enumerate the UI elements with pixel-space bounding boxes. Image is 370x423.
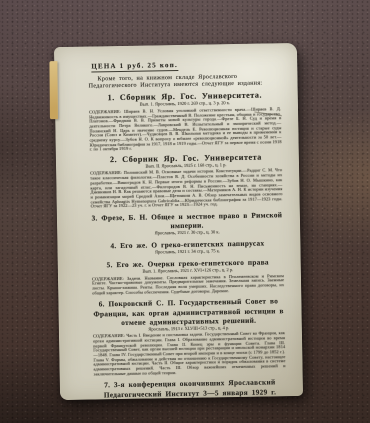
photo-background: { "colors": { "background_leather": "#4e…: [0, 0, 370, 423]
paper-page: ЦЕНА 1 руб. 25 коп. Кроме того, на книжн…: [54, 43, 303, 400]
item-contents: СОДЕРЖАНИЕ: Часть I. Введение и постанов…: [93, 331, 286, 377]
price-label: ЦЕНА 1 руб. 25 коп.: [91, 61, 178, 73]
intro-text: Кроме того, на книжном складе Ярославско…: [88, 73, 280, 91]
item-title: 3. Фрезе, Б. Н. Общее и местное право в …: [91, 210, 283, 232]
catalog-item: 3. Фрезе, Б. Н. Общее и местное право в …: [91, 210, 283, 238]
item-contents: СОДЕРЖАНИЕ: Полианский М. В. Основные за…: [90, 169, 283, 210]
page-text: ЦЕНА 1 руб. 25 коп. Кроме того, на книжн…: [54, 43, 303, 400]
catalog-item: 6. Покровский С. П. Государственный Сове…: [92, 297, 285, 377]
item-contents: СОДЕРЖАНИЕ: Ширяев В. Н. Условия уголовн…: [89, 107, 282, 153]
catalog-item: 7. 3-я конференция окончивших Ярославски…: [94, 378, 286, 401]
catalog-item: 5. Его же. Очерки греко-египетского прав…: [92, 257, 285, 296]
item-title: 6. Покровский С. П. Государственный Сове…: [92, 297, 284, 328]
catalog-item: 2. Сборник Яр. Гос. Университета Вып. II…: [90, 152, 283, 209]
catalog-item: 4. Его же. О греко-египетских папирусах …: [91, 238, 283, 256]
catalog-item: 1. Сборник Яр. Гос. Университета. Вып. 1…: [89, 91, 282, 153]
item-contents: СОДЕРЖАНИЕ: Задачи. Название. Сословная …: [92, 274, 284, 296]
